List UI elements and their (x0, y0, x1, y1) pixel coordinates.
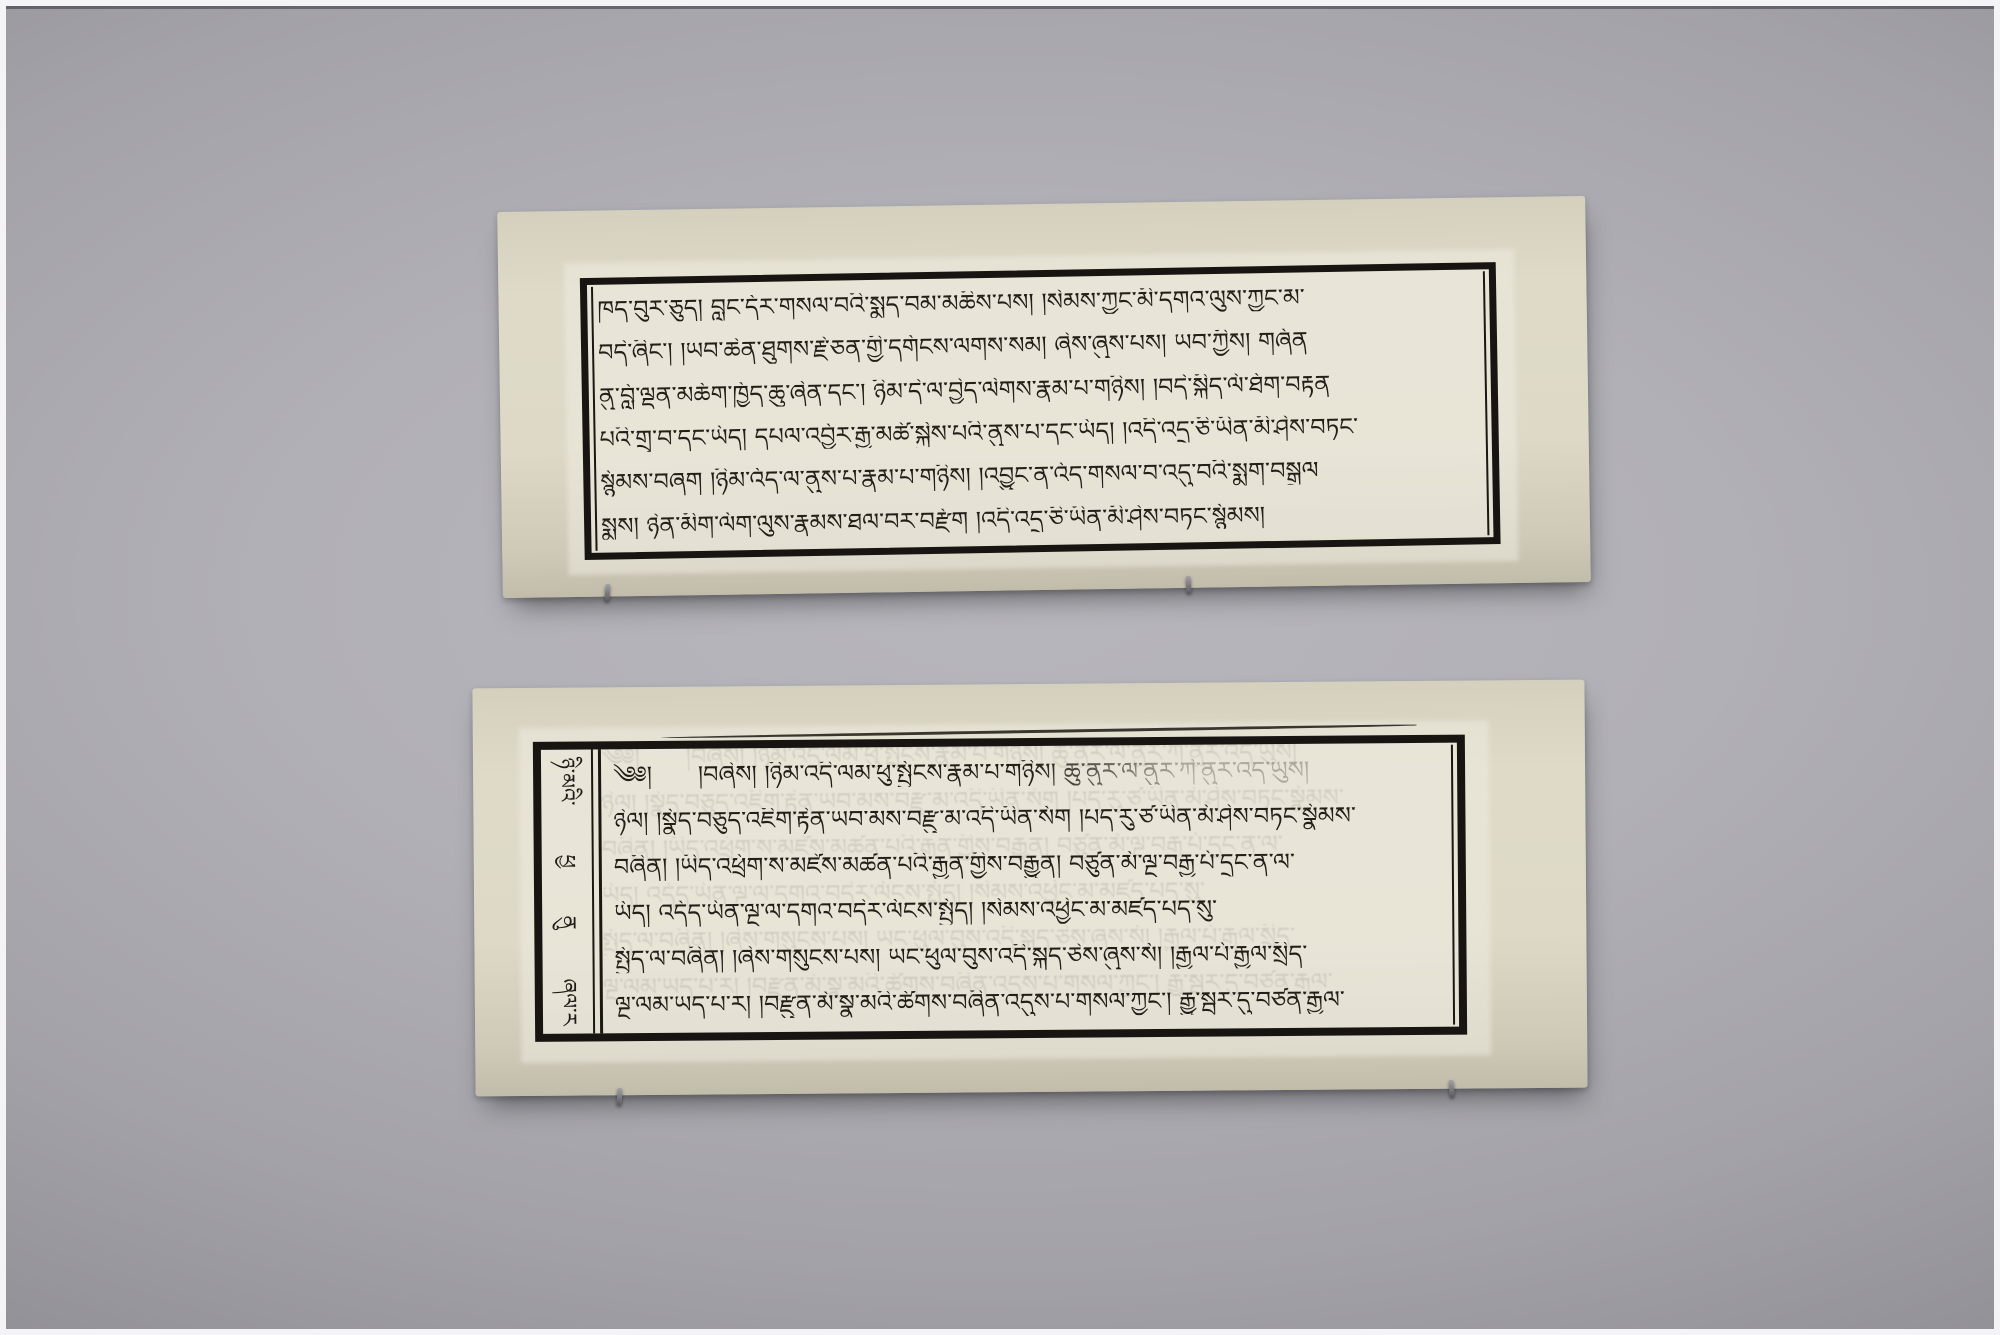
tibetan-text-line: ཉེལ། །སྣོད་བཅུད་འཇིག་རྟེན་ཡབ་མས་བརྫུ་མ་འ… (613, 803, 1449, 835)
mounting-pin (604, 584, 610, 601)
tibetan-text-line: སྙོམས་བཞག །ཉིམ་འོད་ལ་ནུས་པ་རྣམ་པ་གཉིས། །… (600, 456, 1484, 497)
photo-background: ཁད་བུར་ཅུད། བླང་དོར་གསལ་བའི་སྨུད་བམ་མཆིས… (6, 6, 1994, 1329)
bottom-folio-print-frame: ཉི་མའི་ཕྱནུཞལ་ར ༄༅། །བཞེས། །ཉིམ་འདི་ལམ་ཕ… (533, 735, 1467, 1042)
mounting-pin (617, 1088, 623, 1105)
top-folio-paper: ཁད་བུར་ཅུད། བླང་དོར་གསལ་བའི་སྨུད་བམ་མཆིས… (497, 196, 1591, 598)
tibetan-text-line: ཁད་བུར་ཅུད། བླང་དོར་གསལ་བའི་སྨུད་བམ་མཆིས… (597, 282, 1481, 323)
top-folio-text-block: ཁད་བུར་ཅུད། བླང་དོར་གསལ་བའི་སྨུད་བམ་མཆིས… (597, 273, 1485, 548)
photograph: ཁད་བུར་ཅུད། བླང་དོར་གསལ་བའི་སྨུད་བམ་མཆིས… (0, 0, 2000, 1335)
tibetan-text-line: ནུ་བློ་ལྡན་མཆོག་ཁྱོད་ཆུ་ཞེན་དང་། ཉིམ་དེ་… (599, 369, 1483, 410)
tibetan-text-line: ཡོད། འདོད་ཡོན་ལྔ་ལ་དགའ་བདེར་ལོངས་སྤྱོད། … (614, 895, 1450, 927)
margin-glyph: ཕྱ (557, 854, 578, 868)
tibetan-text-line: སྨུས། ཉེན་མིག་ལོག་ལུས་རྣམས་ཐལ་བར་བརྫོག །… (601, 499, 1485, 540)
frame-inner-rule-right (1451, 745, 1455, 1025)
tibetan-text-line: ལྔ་ལམ་ཡད་པ་ར། །བརྫུན་མོ་སྣ་མའི་ཚོགས་བཞིན… (615, 987, 1451, 1019)
tibetan-text-line: ༄༅། །བཞེས། །ཉིམ་འདི་ལམ་ཕུ་སྤྱོངས་རྣམ་པ་ག… (613, 757, 1449, 789)
margin-title-column: ཉི་མའི་ཕྱནུཞལ་ར (541, 749, 603, 1033)
tibetan-text-line: སྤྱོད་ལ་བཞིན། །ཞེས་གསུངས་པས། ཡང་ཕུལ་བུས་… (614, 941, 1450, 973)
top-folio-print-frame: ཁད་བུར་ཅུད། བླང་དོར་གསལ་བའི་སྨུད་བམ་མཆིས… (580, 262, 1501, 560)
bottom-folio-text-block: ༄༅། །བཞེས། །ཉིམ་འདི་ལམ་ཕུ་སྤྱོངས་རྣམ་པ་ག… (613, 747, 1451, 1030)
tibetan-text-line: པའི་གྲྭ་བ་དང་ཡོད། དཔལ་འབྱོར་རྒྱ་མཚོ་སྐྱེ… (599, 412, 1483, 453)
margin-glyph: ནུ (557, 916, 578, 930)
bottom-folio-paper: ཉི་མའི་ཕྱནུཞལ་ར ༄༅། །བཞེས། །ཉིམ་འདི་ལམ་ཕ… (472, 680, 1587, 1097)
margin-title-rotated-text: ཉི་མའི་ཕྱནུཞལ་ར (545, 757, 590, 1025)
margin-glyph: ཞལ་ར (558, 979, 579, 1026)
tibetan-text-line: བཞིན། །ཡིད་འཕྲོག་ས་མཛེས་མཚན་པའི་རྒྱན་གྱི… (614, 849, 1450, 881)
frame-inner-rule-left (591, 287, 598, 551)
margin-glyph: ཉི་མའི་ (556, 758, 577, 806)
tibetan-text-line: བདེ་ཞིང་། །ཡབ་ཆེན་ཐུགས་རྗེ་ཅན་གྱི་དགོངས་… (598, 326, 1482, 367)
mounting-pin (1186, 576, 1192, 593)
